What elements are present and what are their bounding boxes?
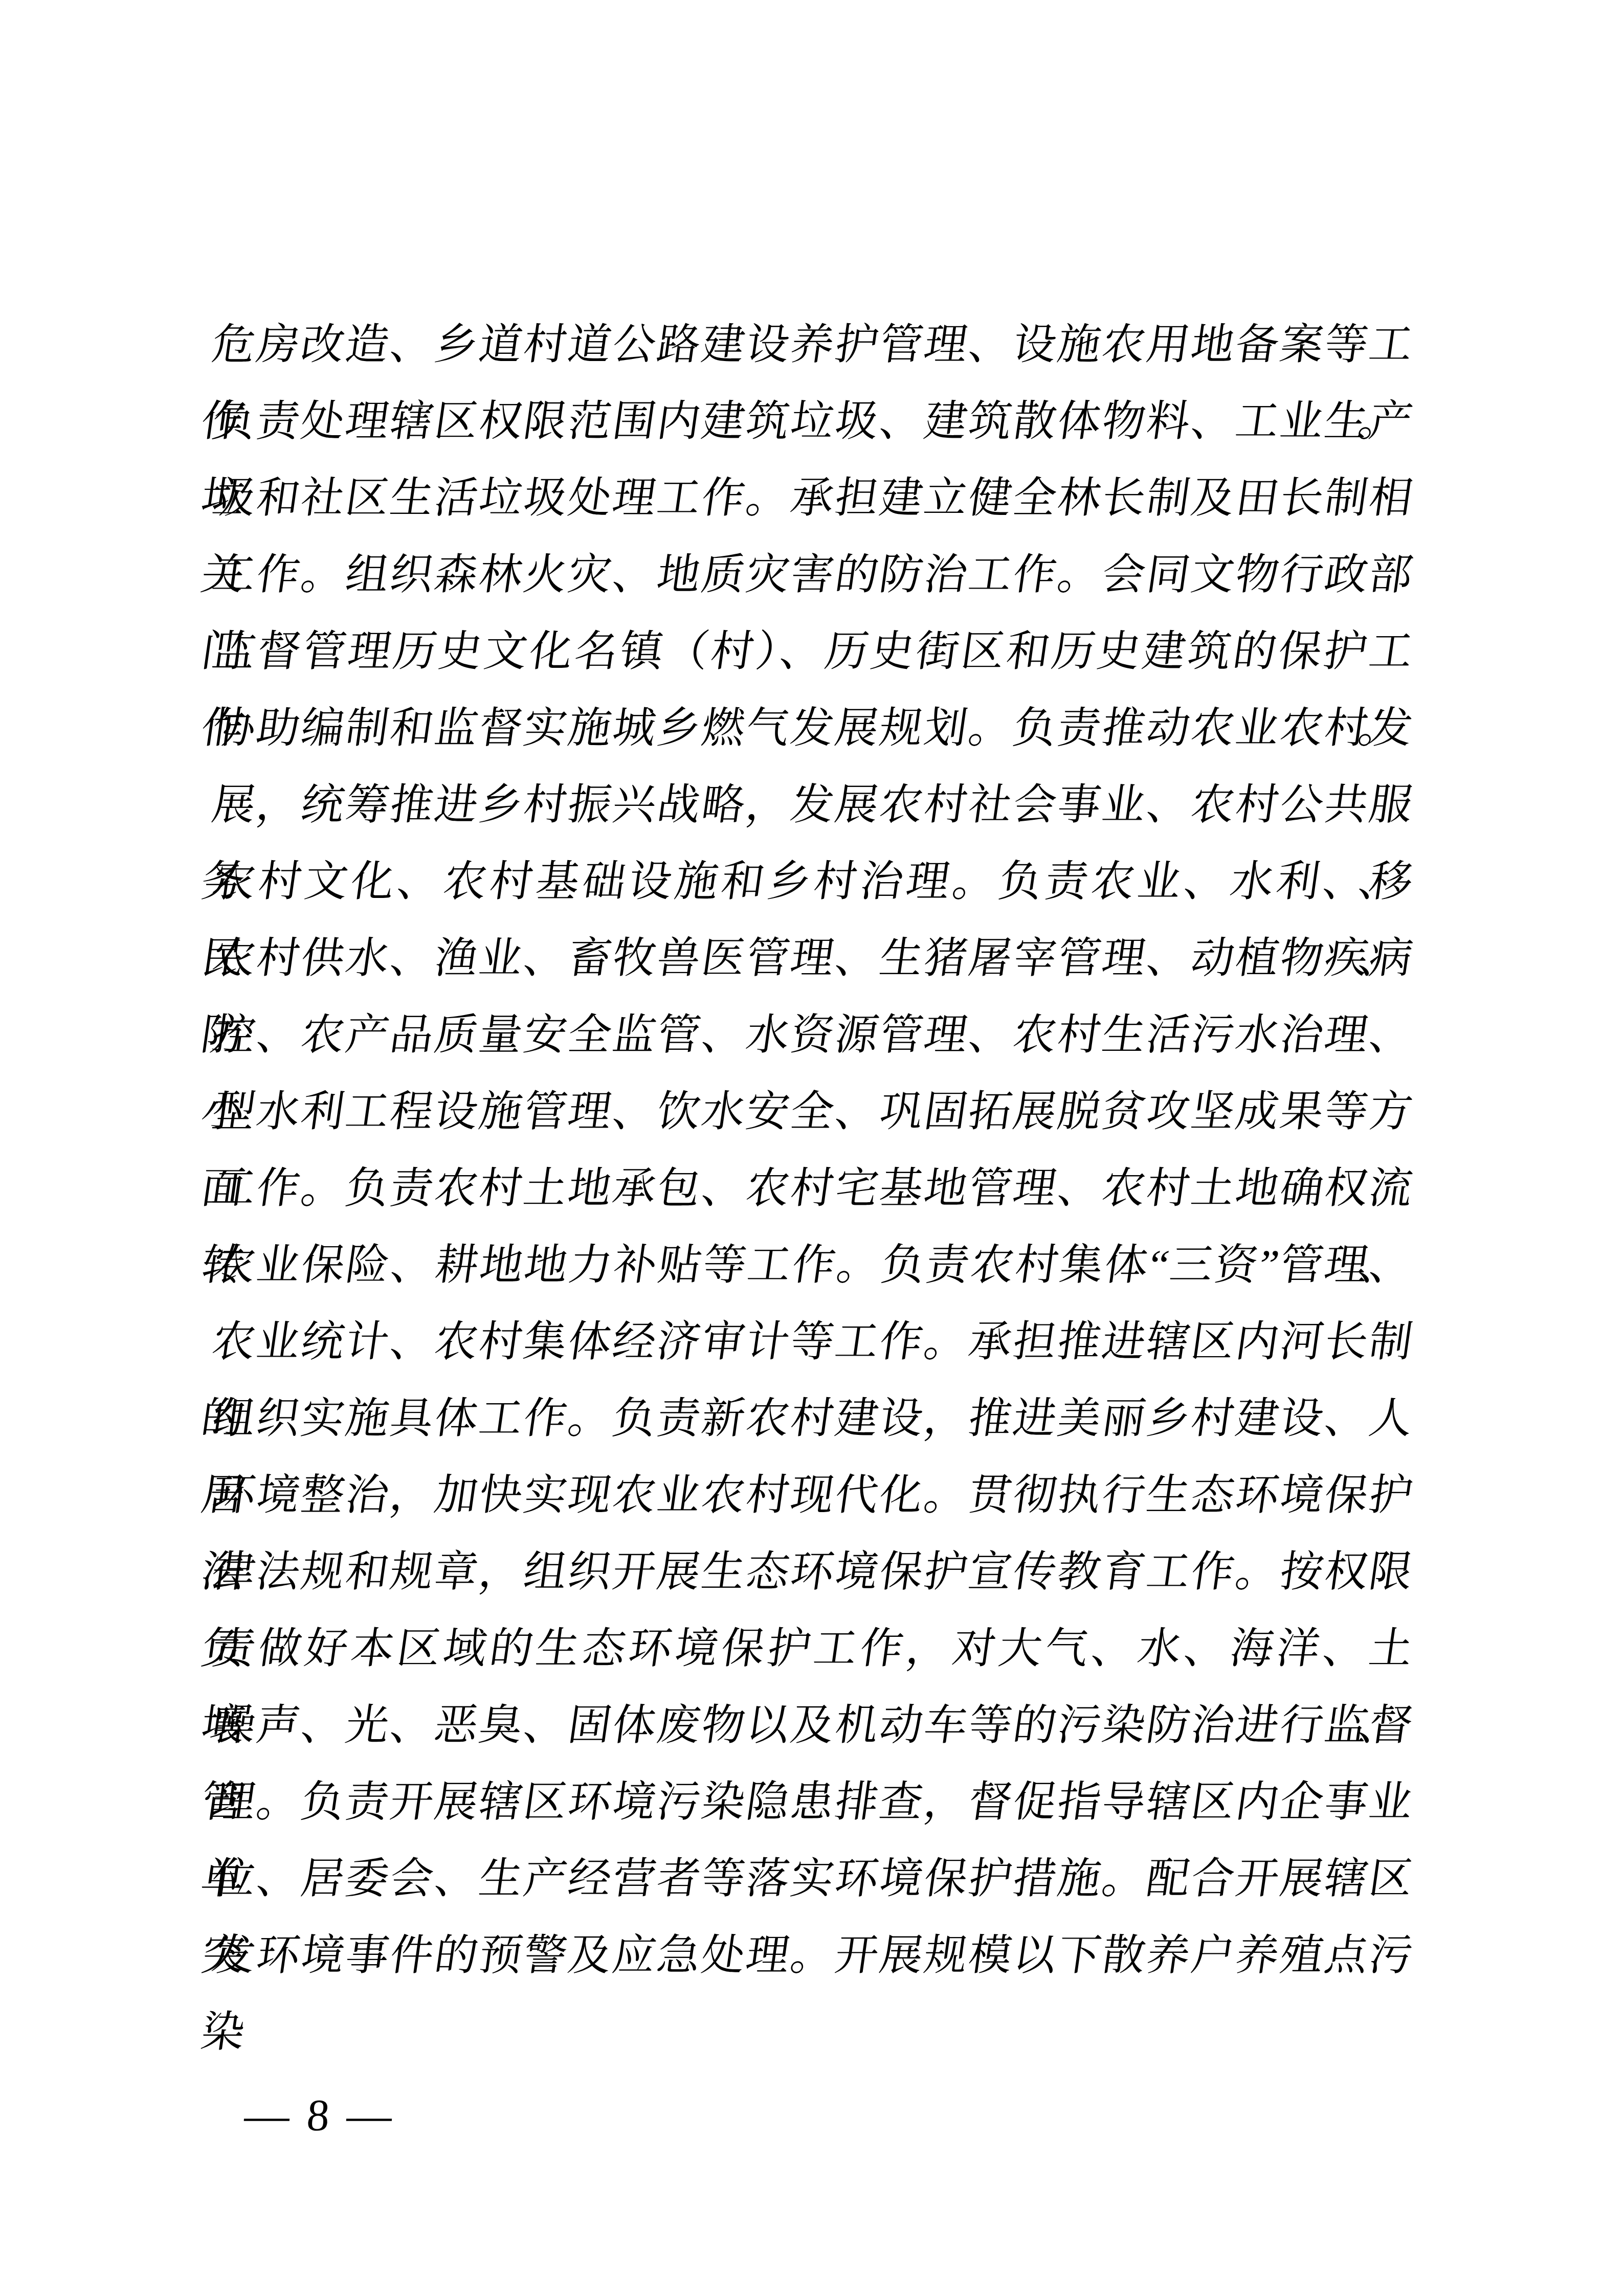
document-page: 危房改造、乡道村道公路建设养护管理、设施农用地备案等工作。 负责处理辖区权限范围…: [0, 0, 1624, 2296]
text-line: 危房改造、乡道村道公路建设养护管理、设施农用地备案等工作。: [207, 307, 1417, 384]
page-number: — 8 —: [242, 2085, 397, 2147]
text-line: 工作。负责农村土地承包、农村宅基地管理、农村土地确权流转、: [207, 1151, 1417, 1227]
text-line: 展，统筹推进乡村振兴战略，发展农村社会事业、农村公共服务、: [207, 767, 1417, 844]
text-line: 农村供水、渔业、畜牧兽医管理、生猪屠宰管理、动植物疾病防: [207, 920, 1417, 997]
text-line: 农业保险、耕地地力补贴等工作。负责农村集体“三资”管理、: [207, 1227, 1417, 1304]
body-text-block: 危房改造、乡道村道公路建设养护管理、设施农用地备案等工作。 负责处理辖区权限范围…: [212, 307, 1412, 1994]
text-line: 农业统计、农村集体经济审计等工作。承担推进辖区内河长制的: [207, 1304, 1417, 1381]
text-line: 噪声、光、恶臭、固体废物以及机动车等的污染防治进行监督管: [207, 1687, 1417, 1764]
text-line: 协助编制和监督实施城乡燃气发展规划。负责推动农业农村发: [207, 690, 1417, 767]
text-line: 控、农产品质量安全监管、水资源管理、农村生活污水治理、小: [207, 997, 1417, 1074]
text-line: 律法规和规章，组织开展生态环境保护宣传教育工作。按权限负: [207, 1534, 1417, 1611]
text-line: 理。负责开展辖区环境污染隐患排查，督促指导辖区内企事业单: [207, 1764, 1417, 1841]
text-line: 圾和社区生活垃圾处理工作。承担建立健全林长制及田长制相关: [207, 460, 1417, 537]
text-line: 环境整治，加快实现农业农村现代化。贯彻执行生态环境保护法: [207, 1457, 1417, 1534]
text-line: 发环境事件的预警及应急处理。开展规模以下散养户养殖点污染: [207, 1918, 1417, 1994]
text-line: 组织实施具体工作。负责新农村建设，推进美丽乡村建设、人居: [207, 1381, 1417, 1457]
text-line: 工作。组织森林火灾、地质灾害的防治工作。会同文物行政部门: [207, 537, 1417, 614]
text-line: 负责处理辖区权限范围内建筑垃圾、建筑散体物料、工业生产垃: [207, 384, 1417, 460]
text-line: 农村文化、农村基础设施和乡村治理。负责农业、水利、移民、: [207, 844, 1417, 920]
text-line: 型水利工程设施管理、饮水安全、巩固拓展脱贫攻坚成果等方面: [207, 1074, 1417, 1151]
text-line: 责做好本区域的生态环境保护工作，对大气、水、海洋、土壤、: [207, 1611, 1417, 1687]
text-line: 位、居委会、生产经营者等落实环境保护措施。配合开展辖区突: [207, 1841, 1417, 1918]
text-line: 监督管理历史文化名镇（村）、历史街区和历史建筑的保护工作。: [207, 614, 1417, 690]
